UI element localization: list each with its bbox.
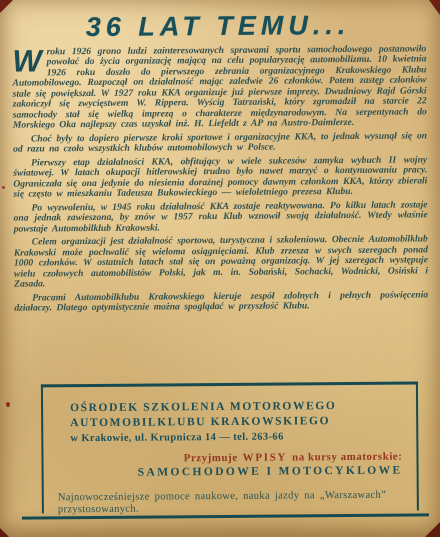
ink-speck xyxy=(2,186,5,189)
promo-course-types: SAMOCHODOWE I MOTOCYKLOWE xyxy=(44,464,403,482)
scanned-magazine-page: 36 LAT TEMU... Wroku 1926 grono ludzi za… xyxy=(0,0,440,537)
paragraph-2: Choć były to dopiero pierwsze kroki spor… xyxy=(13,131,427,155)
page-content: 36 LAT TEMU... Wroku 1926 grono ludzi za… xyxy=(0,0,440,537)
drop-cap: W xyxy=(12,48,41,74)
ink-speck xyxy=(6,402,10,407)
promo-prefix: Przyjmuje xyxy=(184,452,238,464)
paragraph-4: Po wyzwoleniu, w 1945 roku działalność K… xyxy=(13,200,427,235)
training-center-ad-box: OŚRODEK SZKOLENIA MOTOROWEGO AUTOMOBILKL… xyxy=(41,381,419,513)
promo-suffix: na kursy amatorskie: xyxy=(292,451,402,464)
paragraph-6: Pracami Automobilklubu Krakowskiego kier… xyxy=(14,290,428,314)
paragraph-1: Wroku 1926 grono ludzi zainteresowanych … xyxy=(12,44,427,131)
enrollment-promo-block: PrzyjmujeWPISYna kursy amatorskie: SAMOC… xyxy=(43,451,402,482)
paragraph-1-text: roku 1926 grono ludzi zainteresowanych s… xyxy=(12,43,426,130)
org-address-phone: w Krakowie, ul. Krupnicza 14 — tel. 263-… xyxy=(70,428,416,446)
article-body: Wroku 1926 grono ludzi zainteresowanych … xyxy=(12,44,428,317)
paragraph-5: Celem organizacji jest działalność sport… xyxy=(14,235,428,291)
promo-highlight-wpisy: WPISY xyxy=(243,451,287,463)
page-title: 36 LAT TEMU... xyxy=(0,0,438,44)
scan-corner-artifact-bottom-right xyxy=(425,522,440,537)
organization-address-block: OŚRODEK SZKOLENIA MOTOROWEGO AUTOMOBILKL… xyxy=(43,384,416,446)
scan-corner-artifact-top-left xyxy=(0,0,13,13)
paragraph-3: Pierwszy etap działalności KKA, obfitują… xyxy=(13,155,427,200)
scan-corner-artifact-top-right xyxy=(429,0,440,15)
teaching-aids-note: Najnowocześniejsze pomoce naukowe, nauka… xyxy=(58,489,420,516)
scan-corner-artifact-bottom-left xyxy=(0,528,9,537)
